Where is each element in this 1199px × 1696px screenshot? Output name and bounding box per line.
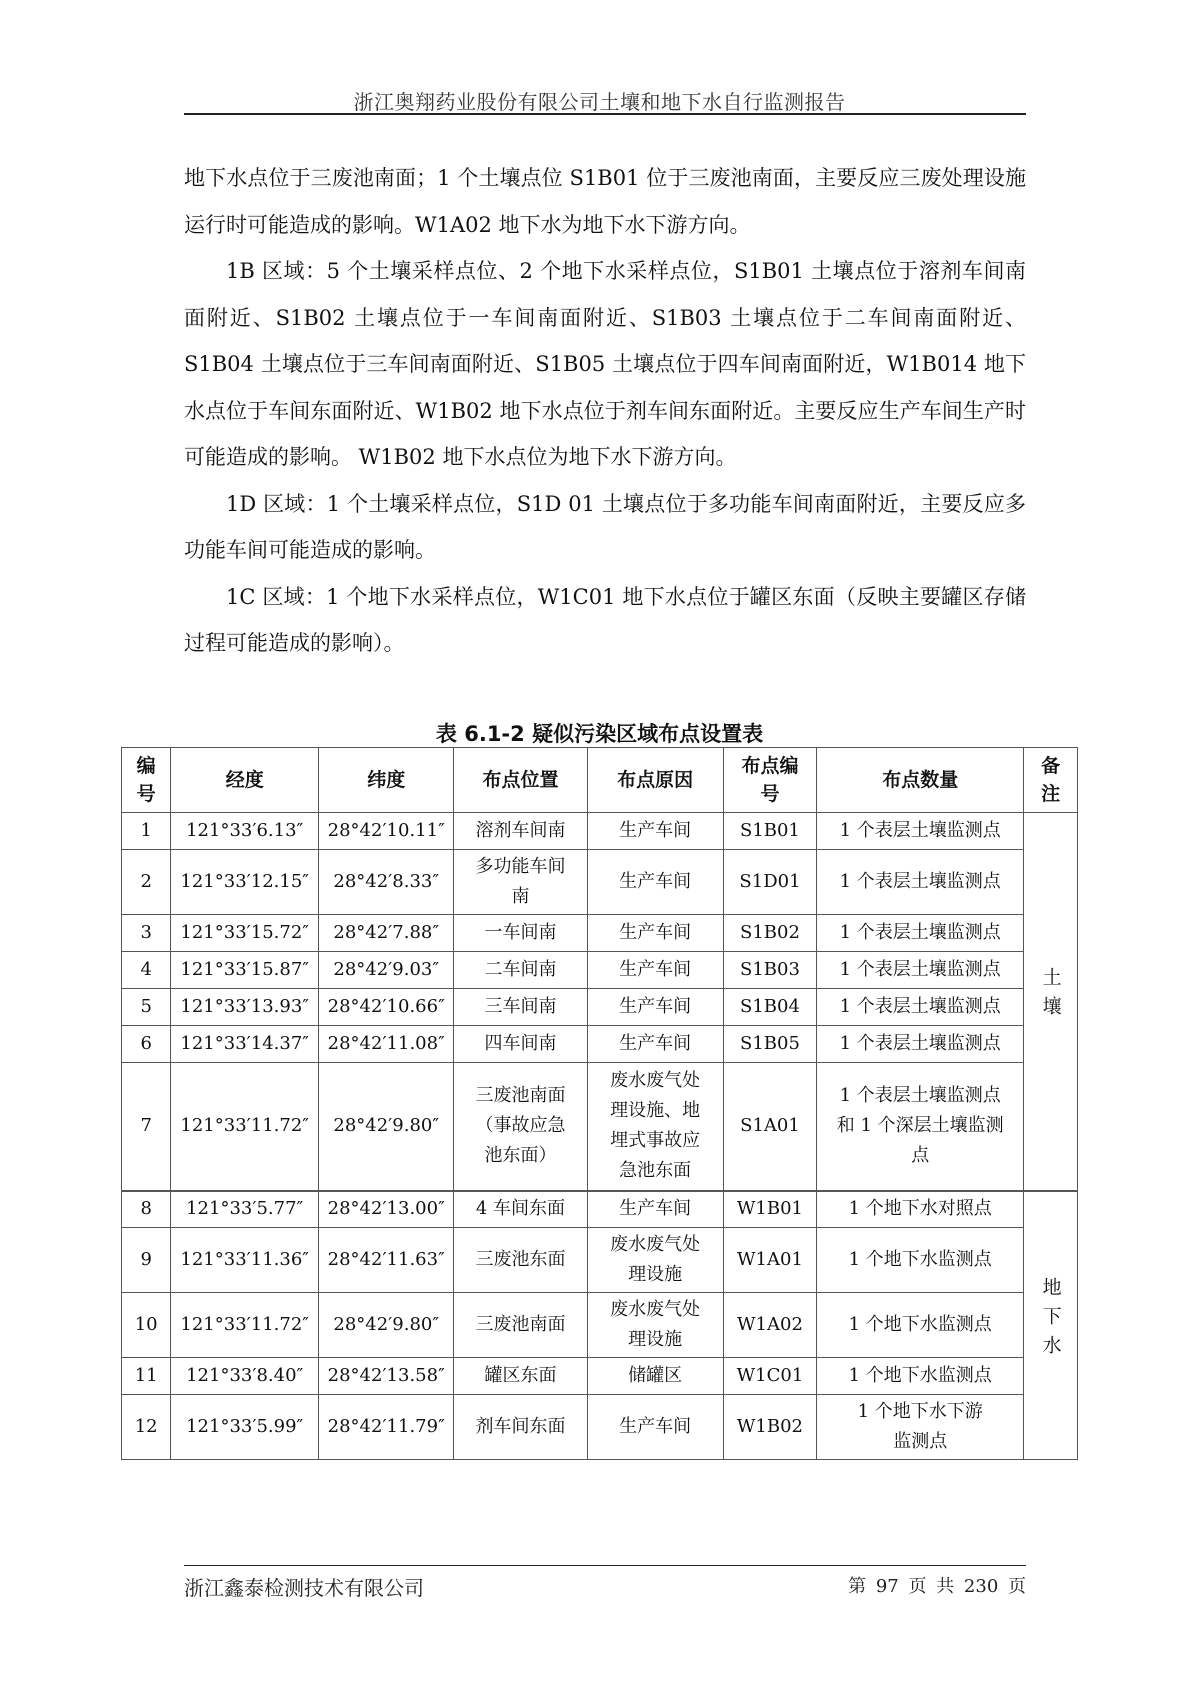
cell-longitude: 121°33′5.77″ <box>171 1191 319 1228</box>
cell-no: 10 <box>122 1293 171 1358</box>
cell-latitude: 28°42′10.11″ <box>319 813 454 850</box>
cell-latitude: 28°42′13.00″ <box>319 1191 454 1228</box>
cell-longitude: 121°33′12.15″ <box>171 850 319 915</box>
table-row: 5 121°33′13.93″ 28°42′10.66″ 三车间南 生产车间 S… <box>122 989 1078 1026</box>
cell-latitude: 28°42′11.08″ <box>319 1026 454 1063</box>
cell-location: 4 车间东面 <box>454 1191 587 1228</box>
cell-count: 1 个地下水对照点 <box>817 1191 1024 1228</box>
cell-code: S1B01 <box>723 813 816 850</box>
cell-latitude: 28°42′10.66″ <box>319 989 454 1026</box>
cell-longitude: 121°33′14.37″ <box>171 1026 319 1063</box>
cell-reason: 生产车间 <box>587 1026 723 1063</box>
table-row: 12 121°33′5.99″ 28°42′11.79″ 剂车间东面 生产车间 … <box>122 1395 1078 1460</box>
cell-code: W1C01 <box>723 1358 816 1395</box>
cell-location: 一车间南 <box>454 915 587 952</box>
cell-count: 1 个表层土壤监测点 <box>817 989 1024 1026</box>
footer-page-number: 第 97 页 共 230 页 <box>848 1572 1026 1598</box>
cell-latitude: 28°42′8.33″ <box>319 850 454 915</box>
cell-reason: 生产车间 <box>587 915 723 952</box>
cell-no: 3 <box>122 915 171 952</box>
cell-location: 三废池南面 <box>454 1293 587 1358</box>
cell-reason: 废水废气处理设施 <box>587 1293 723 1358</box>
header-reason: 布点原因 <box>587 748 723 813</box>
cell-reason: 生产车间 <box>587 850 723 915</box>
cell-latitude: 28°42′9.80″ <box>319 1293 454 1358</box>
cell-code: S1B02 <box>723 915 816 952</box>
cell-location: 多功能车间南 <box>454 850 587 915</box>
table-row: 10 121°33′11.72″ 28°42′9.80″ 三废池南面 废水废气处… <box>122 1293 1078 1358</box>
cell-location: 剂车间东面 <box>454 1395 587 1460</box>
cell-location: 溶剂车间南 <box>454 813 587 850</box>
cell-count: 1 个地下水监测点 <box>817 1228 1024 1293</box>
table-row: 11 121°33′8.40″ 28°42′13.58″ 罐区东面 储罐区 W1… <box>122 1358 1078 1395</box>
paragraph-1b-region: 1B 区域：5 个土壤采样点位、2 个地下水采样点位，S1B01 土壤点位于溶剂… <box>184 248 1026 481</box>
cell-reason: 废水废气处理设施、地埋式事故应急池东面 <box>587 1063 723 1191</box>
cell-count: 1 个表层土壤监测点和 1 个深层土壤监测点 <box>817 1063 1024 1191</box>
cell-reason: 生产车间 <box>587 952 723 989</box>
cell-latitude: 28°42′9.80″ <box>319 1063 454 1191</box>
header-count: 布点数量 <box>817 748 1024 813</box>
table-caption: 表 6.1-2 疑似污染区域布点设置表 <box>0 718 1199 748</box>
cell-code: S1A01 <box>723 1063 816 1191</box>
cell-count: 1 个表层土壤监测点 <box>817 952 1024 989</box>
cell-reason: 废水废气处理设施 <box>587 1228 723 1293</box>
table-row: 9 121°33′11.36″ 28°42′11.63″ 三废池东面 废水废气处… <box>122 1228 1078 1293</box>
paragraph-1c-region: 1C 区域：1 个地下水采样点位，W1C01 地下水点位于罐区东面（反映主要罐区… <box>184 574 1026 667</box>
cell-code: W1A01 <box>723 1228 816 1293</box>
cell-code: W1B01 <box>723 1191 816 1228</box>
header-divider <box>184 113 1026 115</box>
paragraph-1: 地下水点位于三废池南面；1 个土壤点位 S1B01 位于三废池南面，主要反应三废… <box>184 155 1026 248</box>
cell-latitude: 28°42′7.88″ <box>319 915 454 952</box>
cell-count: 1 个表层土壤监测点 <box>817 850 1024 915</box>
header-location: 布点位置 <box>454 748 587 813</box>
cell-latitude: 28°42′13.58″ <box>319 1358 454 1395</box>
cell-remark-soil: 土壤 <box>1024 813 1078 1191</box>
cell-location: 罐区东面 <box>454 1358 587 1395</box>
cell-count: 1 个表层土壤监测点 <box>817 915 1024 952</box>
footer-divider <box>184 1565 1026 1566</box>
cell-location: 三车间南 <box>454 989 587 1026</box>
cell-longitude: 121°33′6.13″ <box>171 813 319 850</box>
cell-reason: 生产车间 <box>587 1395 723 1460</box>
cell-reason: 储罐区 <box>587 1358 723 1395</box>
cell-remark-groundwater: 地下水 <box>1024 1191 1078 1460</box>
cell-count: 1 个表层土壤监测点 <box>817 1026 1024 1063</box>
header-no: 编号 <box>122 748 171 813</box>
cell-code: S1B04 <box>723 989 816 1026</box>
header-longitude: 经度 <box>171 748 319 813</box>
cell-longitude: 121°33′15.87″ <box>171 952 319 989</box>
table-header-row: 编号 经度 纬度 布点位置 布点原因 布点编号 布点数量 备注 <box>122 748 1078 813</box>
paragraph-1d-region: 1D 区域：1 个土壤采样点位，S1D 01 土壤点位于多功能车间南面附近，主要… <box>184 481 1026 574</box>
cell-no: 6 <box>122 1026 171 1063</box>
cell-code: S1D01 <box>723 850 816 915</box>
body-text: 地下水点位于三废池南面；1 个土壤点位 S1B01 位于三废池南面，主要反应三废… <box>184 155 1026 667</box>
cell-longitude: 121°33′11.36″ <box>171 1228 319 1293</box>
cell-location: 三废池南面（事故应急池东面） <box>454 1063 587 1191</box>
cell-no: 4 <box>122 952 171 989</box>
cell-location: 二车间南 <box>454 952 587 989</box>
table-row: 2 121°33′12.15″ 28°42′8.33″ 多功能车间南 生产车间 … <box>122 850 1078 915</box>
table-row: 1 121°33′6.13″ 28°42′10.11″ 溶剂车间南 生产车间 S… <box>122 813 1078 850</box>
cell-count: 1 个表层土壤监测点 <box>817 813 1024 850</box>
report-header-title: 浙江奥翔药业股份有限公司土壤和地下水自行监测报告 <box>0 86 1199 115</box>
cell-location: 三废池东面 <box>454 1228 587 1293</box>
cell-longitude: 121°33′11.72″ <box>171 1063 319 1191</box>
table-row: 4 121°33′15.87″ 28°42′9.03″ 二车间南 生产车间 S1… <box>122 952 1078 989</box>
cell-count: 1 个地下水监测点 <box>817 1358 1024 1395</box>
cell-longitude: 121°33′5.99″ <box>171 1395 319 1460</box>
cell-latitude: 28°42′11.79″ <box>319 1395 454 1460</box>
cell-longitude: 121°33′13.93″ <box>171 989 319 1026</box>
cell-longitude: 121°33′11.72″ <box>171 1293 319 1358</box>
cell-latitude: 28°42′9.03″ <box>319 952 454 989</box>
cell-no: 11 <box>122 1358 171 1395</box>
cell-no: 9 <box>122 1228 171 1293</box>
table-row: 6 121°33′14.37″ 28°42′11.08″ 四车间南 生产车间 S… <box>122 1026 1078 1063</box>
table-row: 8 121°33′5.77″ 28°42′13.00″ 4 车间东面 生产车间 … <box>122 1191 1078 1228</box>
cell-code: W1B02 <box>723 1395 816 1460</box>
cell-code: W1A02 <box>723 1293 816 1358</box>
footer-company: 浙江鑫泰检测技术有限公司 <box>184 1572 424 1601</box>
table-row: 7 121°33′11.72″ 28°42′9.80″ 三废池南面（事故应急池东… <box>122 1063 1078 1191</box>
cell-no: 1 <box>122 813 171 850</box>
cell-location: 四车间南 <box>454 1026 587 1063</box>
cell-no: 2 <box>122 850 171 915</box>
cell-code: S1B03 <box>723 952 816 989</box>
header-remark: 备注 <box>1024 748 1078 813</box>
cell-longitude: 121°33′15.72″ <box>171 915 319 952</box>
cell-count: 1 个地下水下游监测点 <box>817 1395 1024 1460</box>
cell-reason: 生产车间 <box>587 813 723 850</box>
cell-latitude: 28°42′11.63″ <box>319 1228 454 1293</box>
cell-reason: 生产车间 <box>587 989 723 1026</box>
cell-longitude: 121°33′8.40″ <box>171 1358 319 1395</box>
cell-no: 5 <box>122 989 171 1026</box>
cell-count: 1 个地下水监测点 <box>817 1293 1024 1358</box>
cell-no: 12 <box>122 1395 171 1460</box>
sampling-points-table: 编号 经度 纬度 布点位置 布点原因 布点编号 布点数量 备注 1 121°33… <box>121 747 1078 1460</box>
cell-no: 7 <box>122 1063 171 1191</box>
header-code: 布点编号 <box>723 748 816 813</box>
cell-no: 8 <box>122 1191 171 1228</box>
table-row: 3 121°33′15.72″ 28°42′7.88″ 一车间南 生产车间 S1… <box>122 915 1078 952</box>
cell-code: S1B05 <box>723 1026 816 1063</box>
cell-reason: 生产车间 <box>587 1191 723 1228</box>
header-latitude: 纬度 <box>319 748 454 813</box>
